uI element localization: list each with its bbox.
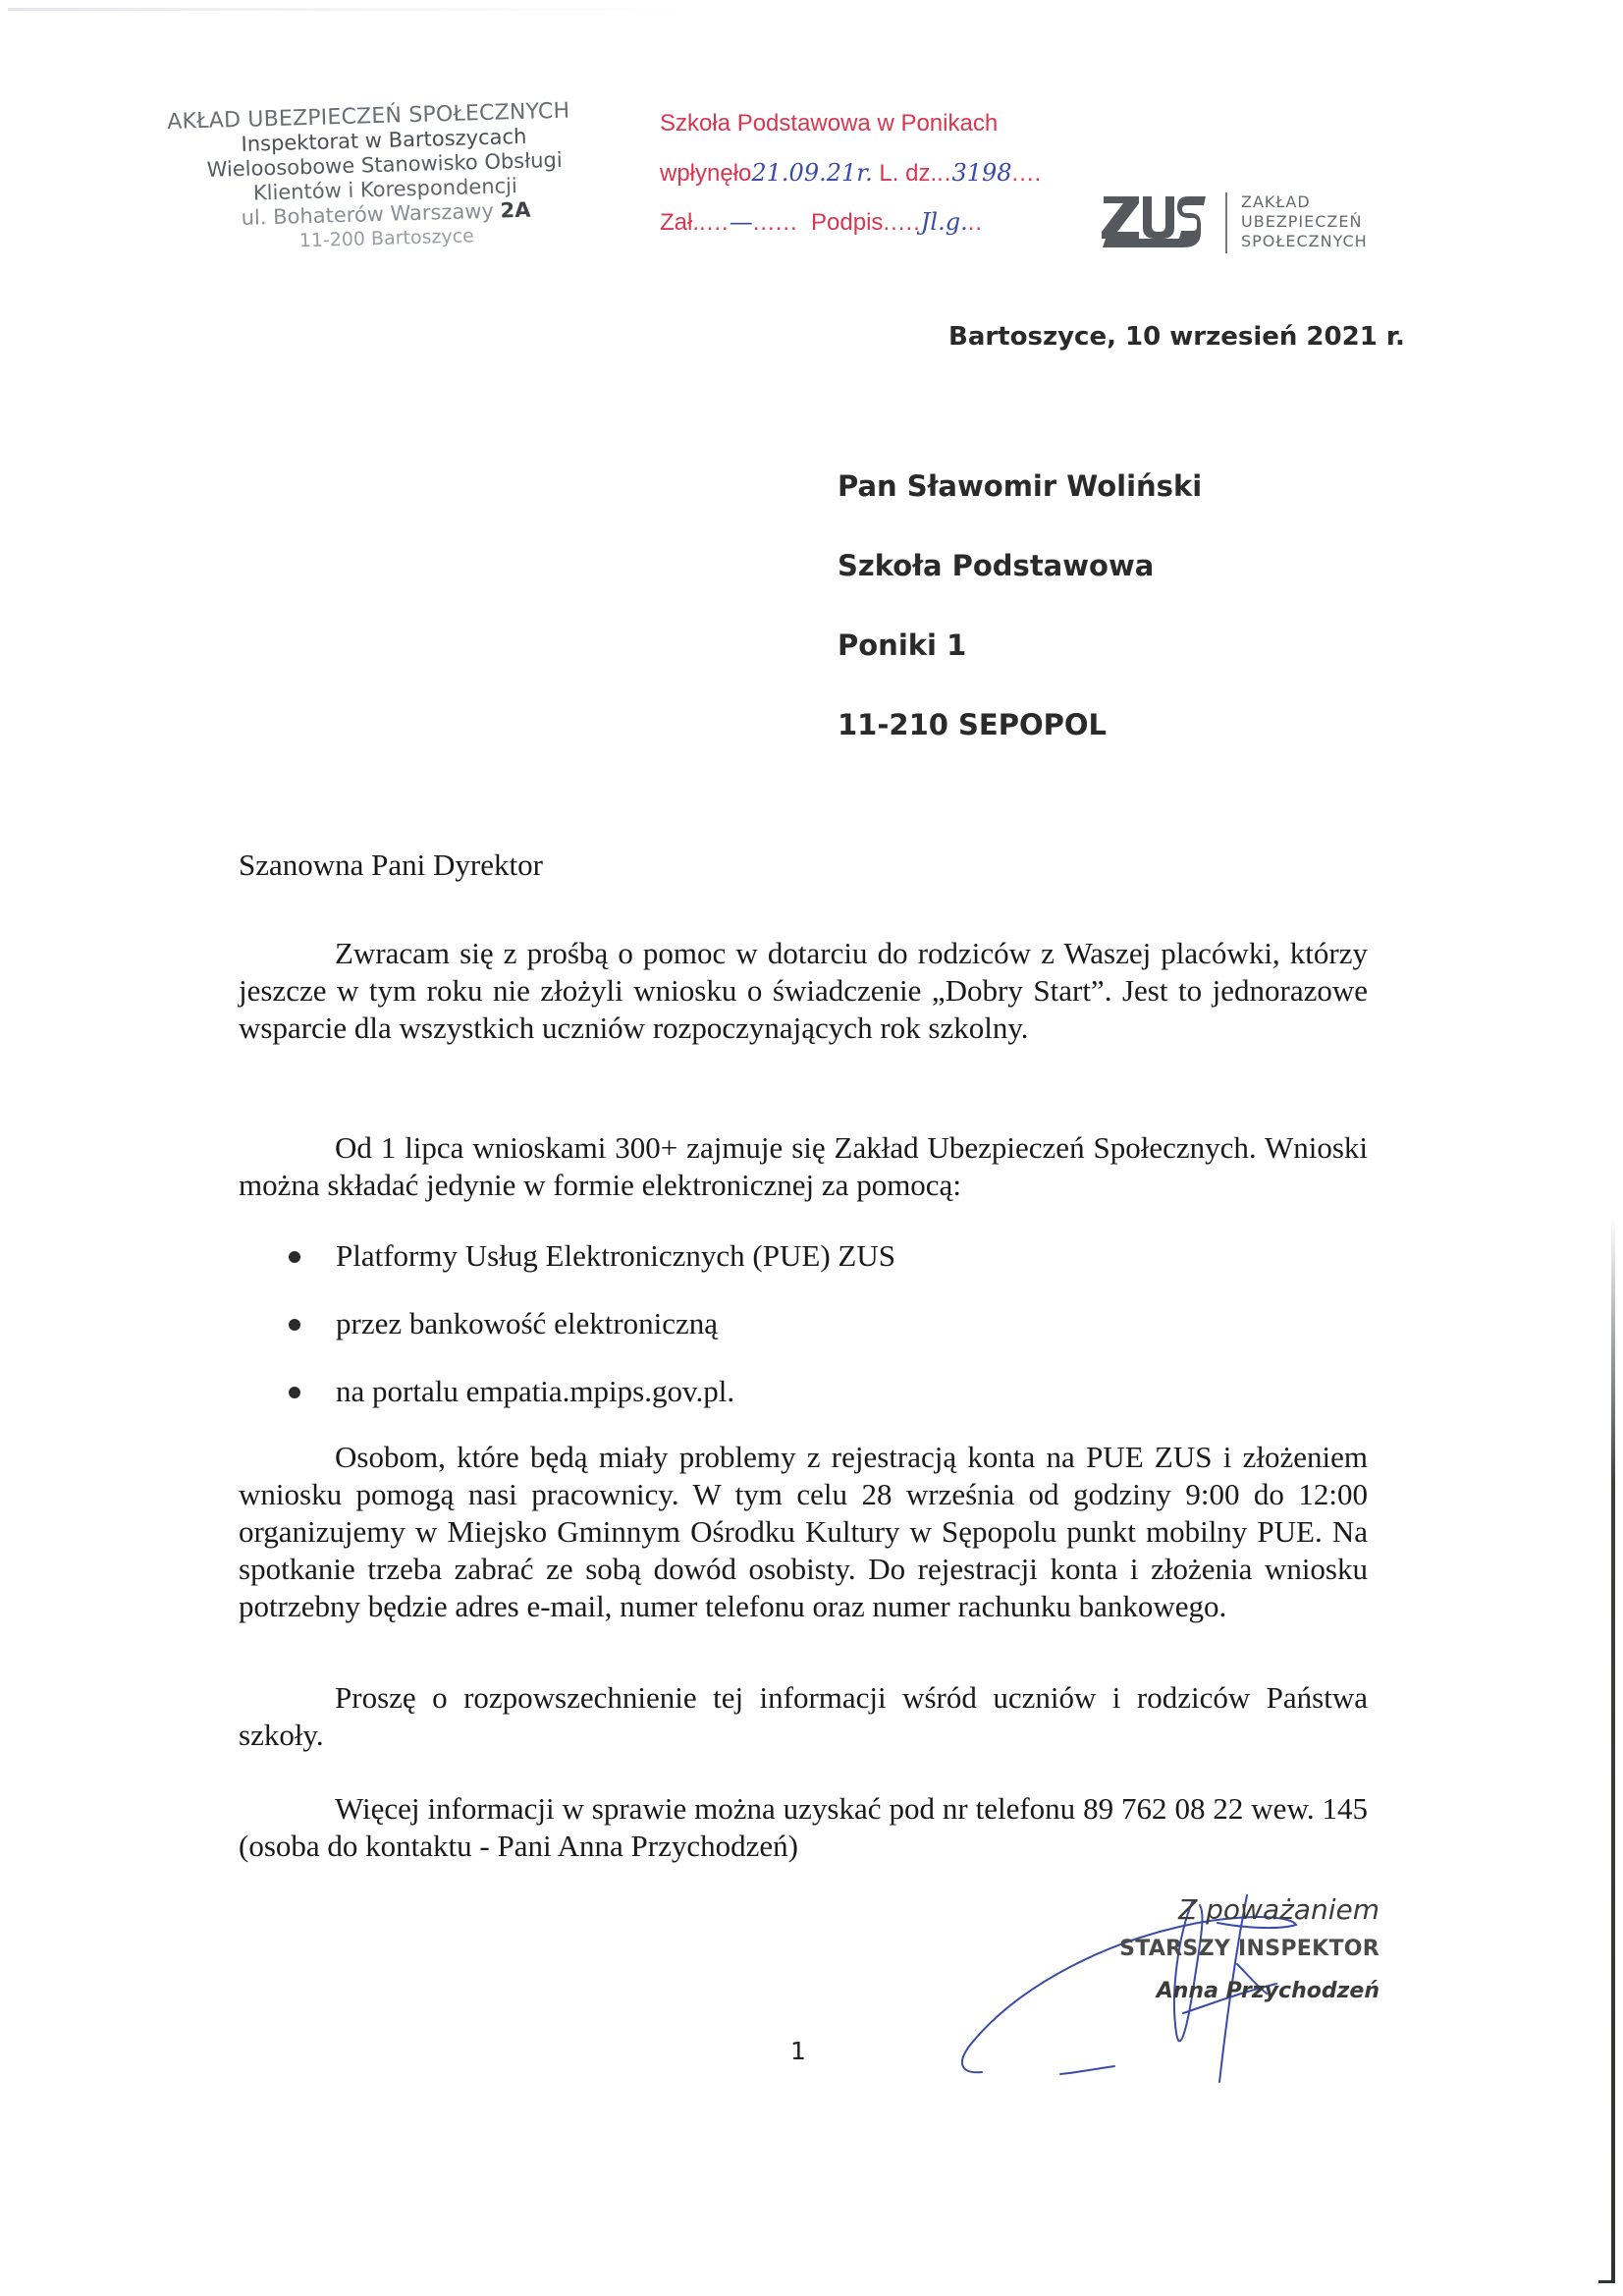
attachments-label: Zał. [660, 209, 699, 236]
addressee-block: Pan Sławomir Woliński Szkoła Podstawowa … [838, 469, 1202, 788]
scan-artifact-streak [8, 8, 685, 11]
logo-institution-name: ZAKŁAD UBEZPIECZEŃ SPOŁECZNYCH [1241, 192, 1368, 251]
paragraph-applications: Od 1 lipca wnioskami 300+ zajmuje się Za… [239, 1129, 1368, 1204]
attachments-value: — [730, 208, 753, 236]
salutation: Szanowna Pani Dyrektor [239, 847, 543, 884]
paragraph-request: Zwracam się z prośbą o pomoc w dotarciu … [239, 935, 1368, 1047]
addressee-name: Pan Sławomir Woliński [838, 469, 1202, 549]
list-item: przez bankowość elektroniczną [263, 1305, 895, 1373]
bullet-icon [289, 1319, 300, 1331]
signatory-role: STARSZY INSPEKTOR [1085, 1927, 1380, 1972]
list-item: Platformy Usług Elektronicznych (PUE) ZU… [263, 1237, 895, 1305]
signatory-name: Anna Przychodzeń [1085, 1972, 1380, 2011]
receipt-stamp-attachments-row: Zał.....—...... Podpis.....Jl.g... [660, 208, 1042, 257]
list-item: na portalu empatia.mpips.gov.pl. [263, 1373, 895, 1441]
scan-edge-line [1611, 1218, 1615, 2283]
bullet-icon [289, 1251, 300, 1263]
log-label: L. dz. [879, 160, 937, 187]
received-label: wpłynęło [660, 160, 751, 187]
zus-logo-mark-icon [1100, 192, 1210, 251]
scan-edge-foot [1598, 2280, 1615, 2283]
page-number: 1 [790, 2037, 806, 2065]
received-date: 21.09.21r. [751, 159, 872, 187]
log-number: 3198 [951, 159, 1011, 187]
bullet-icon [289, 1387, 300, 1398]
sender-stamp: AKŁAD UBEZPIECZEŃ SPOŁECZNYCH Inspektora… [167, 98, 603, 257]
closing-block: Z poważaniem STARSZY INSPEKTOR Anna Przy… [1085, 1893, 1380, 2011]
addressee-postal: 11-210 SEPOPOL [838, 708, 1202, 788]
signature-label: Podpis [811, 209, 883, 236]
receipt-signature: Jl.g. [921, 208, 968, 236]
addressee-institution: Szkoła Podstawowa [838, 549, 1202, 629]
application-methods-list: Platformy Usług Elektronicznych (PUE) ZU… [263, 1237, 895, 1441]
receipt-stamp-school: Szkoła Podstawowa w Ponikach [660, 110, 1042, 159]
paragraph-mobile-point: Osobom, które będą miały problemy z reje… [239, 1439, 1368, 1625]
receipt-stamp: Szkoła Podstawowa w Ponikach wpłynęło21.… [660, 110, 1042, 257]
receipt-stamp-received-row: wpłynęło21.09.21r. L. dz...3198.... [660, 159, 1042, 208]
closing-greeting: Z poważaniem [1085, 1893, 1380, 1927]
logo-divider [1225, 192, 1227, 253]
addressee-street: Poniki 1 [838, 629, 1202, 708]
paragraph-distribution-request: Proszę o rozpowszechnienie tej informacj… [239, 1679, 1368, 1754]
letter-date: Bartoszyce, 10 wrzesień 2021 r. [948, 322, 1405, 352]
